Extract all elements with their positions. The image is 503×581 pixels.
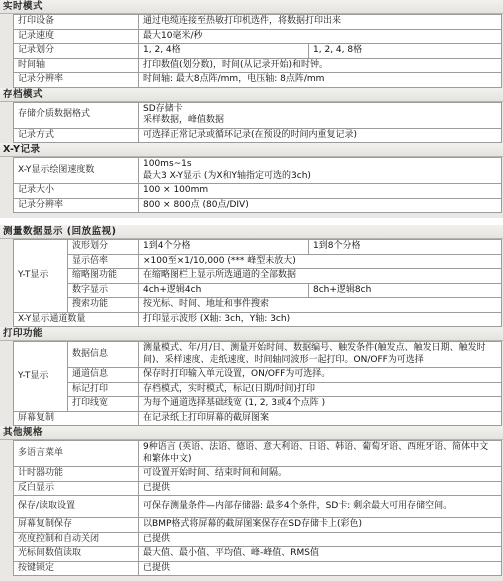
spec-value: 为每个通道选择基础线宽 (1, 2, 3或4个点阵 ) <box>139 397 502 412</box>
spec-label: 记录方式 <box>14 128 139 143</box>
spec-label: 屏幕复制 <box>14 411 139 426</box>
spec-value: 在记录纸上打印屏幕的截屏图案 <box>139 411 502 426</box>
spec-value: 最大值、最小值、平均值、峰-峰值、RMS值 <box>139 547 502 562</box>
spec-label: 保存/读取设置 <box>14 496 139 518</box>
spec-row: 缩略图功能在缩略图栏上显示所选通道的全部数据 <box>14 269 502 284</box>
spec-row: 记录大小100 × 100mm <box>14 184 502 199</box>
spec-value-alt: 1, 2, 4, 8格 <box>309 44 502 59</box>
spec-row: 存储介质数据格式SD存储卡 采样数据，峰值数据 <box>14 102 502 128</box>
spec-value: 1, 2, 4格 <box>139 44 309 59</box>
section-title: 测量数据显示 (回放监视) <box>0 225 503 239</box>
spec-value: 时间轴: 最大8点阵/mm，电压轴: 8点阵/mm <box>139 73 502 88</box>
spec-label: 波形划分 <box>68 240 139 255</box>
spec-table: 存储介质数据格式SD存储卡 采样数据，峰值数据记录方式可选择正常记录或循环记录(… <box>13 102 502 144</box>
spec-value: 打印数值(划分数)，时间(从记录开始)和时钟。 <box>139 58 502 73</box>
spec-value-alt: 1到8个分格 <box>309 240 502 255</box>
spec-value: 存档模式，实时模式，标记(日期/时间)打印 <box>139 382 502 397</box>
spec-label: 记录划分 <box>14 44 139 59</box>
spec-label: 屏幕复制保存 <box>14 518 139 533</box>
spec-label: 多语言菜单 <box>14 441 139 467</box>
spec-label: 搜索功能 <box>68 298 139 313</box>
spec-value: 测量模式、年/月/日、测量开始时间、数据编号、触发条件(触发点、触发日期、触发时… <box>139 342 502 368</box>
spec-table: Y-T显示数据信息测量模式、年/月/日、测量开始时间、数据编号、触发条件(触发点… <box>13 341 502 426</box>
spec-value: 100ms~1s 最大3 X-Y显示 (为X和Y轴指定可选的3ch) <box>139 158 502 184</box>
spec-label: 数据信息 <box>68 342 139 368</box>
spec-label: 计时器功能 <box>14 467 139 482</box>
section-title: 实时模式 <box>0 0 503 14</box>
spec-row: 打印设备通过电缆连接至热敏打印机选件，将数据打印出来 <box>14 15 502 30</box>
spec-row: 屏幕复制保存以BMP格式将屏幕的截屏图案保存在SD存储卡上(彩色) <box>14 518 502 533</box>
spec-row: 显示倍率×100至×1/10,000 (*** 峰型未放大) <box>14 254 502 269</box>
spec-label: 缩略图功能 <box>68 269 139 284</box>
section-title: 存档模式 <box>0 88 503 102</box>
spec-row: 亮度控制和自动关闭已提供 <box>14 532 502 547</box>
spec-row: 记录分辨率800 × 800点 (80点/DIV) <box>14 198 502 213</box>
spec-row: 记录方式可选择正常记录或循环记录(在预设的时间内重复记录) <box>14 128 502 143</box>
spec-row: 时间轴打印数值(划分数)，时间(从记录开始)和时钟。 <box>14 58 502 73</box>
spec-row: 计时器功能可设置开始时间、结束时间和间隔。 <box>14 467 502 482</box>
row-group-label: Y-T显示 <box>14 342 68 412</box>
spec-label: 通道信息 <box>68 368 139 383</box>
spec-row: 打印线宽为每个通道选择基础线宽 (1, 2, 3或4个点阵 ) <box>14 397 502 412</box>
spec-row: Y-T显示数据信息测量模式、年/月/日、测量开始时间、数据编号、触发条件(触发点… <box>14 342 502 368</box>
spec-block: 实时模式打印设备通过电缆连接至热敏打印机选件，将数据打印出来记录速度最大10毫米… <box>0 0 503 218</box>
spec-value: 9种语言 (英语、法语、德语、意大利语、日语、韩语、葡萄牙语、西班牙语、简体中文… <box>139 441 502 467</box>
spec-row: 屏幕复制在记录纸上打印屏幕的截屏图案 <box>14 411 502 426</box>
spec-value: 已提供 <box>139 561 502 576</box>
spec-table: 打印设备通过电缆连接至热敏打印机选件，将数据打印出来记录速度最大10毫米/秒记录… <box>13 14 502 88</box>
spec-label: 显示倍率 <box>68 254 139 269</box>
spec-label: 反白显示 <box>14 481 139 496</box>
spec-value: 800 × 800点 (80点/DIV) <box>139 198 502 213</box>
spec-label: 记录分辨率 <box>14 198 139 213</box>
spec-row: 反白显示已提供 <box>14 481 502 496</box>
spec-value: SD存储卡 采样数据，峰值数据 <box>139 102 502 128</box>
spec-row: 记录划分1, 2, 4格1, 2, 4, 8格 <box>14 44 502 59</box>
section-gap <box>0 218 503 225</box>
spec-table: X-Y显示绘图速度数100ms~1s 最大3 X-Y显示 (为X和Y轴指定可选的… <box>13 157 502 213</box>
section-title: X-Y记录 <box>0 143 503 157</box>
spec-row: X-Y显示绘图速度数100ms~1s 最大3 X-Y显示 (为X和Y轴指定可选的… <box>14 158 502 184</box>
spec-value: 可保存测量条件—内部存储器: 最多4个条件，SD卡: 剩余最大可用存储空间。 <box>139 496 502 518</box>
spec-row: 按键锁定已提供 <box>14 561 502 576</box>
spec-label: 按键锁定 <box>14 561 139 576</box>
section-title: 其他规格 <box>0 426 503 440</box>
spec-label: 光标间数值读取 <box>14 547 139 562</box>
spec-value: 通过电缆连接至热敏打印机选件，将数据打印出来 <box>139 15 502 30</box>
spec-label: 记录分辨率 <box>14 73 139 88</box>
spec-label: 数字显示 <box>68 283 139 298</box>
spec-row: 记录分辨率时间轴: 最大8点阵/mm，电压轴: 8点阵/mm <box>14 73 502 88</box>
spec-table: Y-T显示波形划分1到4个分格1到8个分格显示倍率×100至×1/10,000 … <box>13 239 502 327</box>
spec-row: 多语言菜单9种语言 (英语、法语、德语、意大利语、日语、韩语、葡萄牙语、西班牙语… <box>14 441 502 467</box>
spec-row: X-Y显示通道数量打印显示波形 (X轴: 3ch，Y轴: 3ch) <box>14 312 502 327</box>
spec-row: 数字显示4ch+逻辑4ch8ch+逻辑8ch <box>14 283 502 298</box>
spec-value: 最大10毫米/秒 <box>139 29 502 44</box>
spec-value: 可设置开始时间、结束时间和间隔。 <box>139 467 502 482</box>
spec-label: 记录速度 <box>14 29 139 44</box>
spec-value: 1到4个分格 <box>139 240 309 255</box>
spec-value: 保存时打印输入单元设置，ON/OFF为可选择。 <box>139 368 502 383</box>
section-title: 打印功能 <box>0 327 503 341</box>
spec-value: ×100至×1/10,000 (*** 峰型未放大) <box>139 254 502 269</box>
spec-value: 按光标、时间、地址和事件搜索 <box>139 298 502 313</box>
spec-value: 可选择正常记录或循环记录(在预设的时间内重复记录) <box>139 128 502 143</box>
spec-row: 保存/读取设置可保存测量条件—内部存储器: 最多4个条件，SD卡: 剩余最大可用… <box>14 496 502 518</box>
spec-value: 打印显示波形 (X轴: 3ch，Y轴: 3ch) <box>139 312 502 327</box>
spec-block: 测量数据显示 (回放监视)Y-T显示波形划分1到4个分格1到8个分格显示倍率×1… <box>0 225 503 581</box>
spec-label: 打印设备 <box>14 15 139 30</box>
spec-label: X-Y显示通道数量 <box>14 312 139 327</box>
spec-value: 已提供 <box>139 481 502 496</box>
spec-label: 存储介质数据格式 <box>14 102 139 128</box>
spec-label: X-Y显示绘图速度数 <box>14 158 139 184</box>
spec-value: 已提供 <box>139 532 502 547</box>
spec-row: 搜索功能按光标、时间、地址和事件搜索 <box>14 298 502 313</box>
spec-sheet: 实时模式打印设备通过电缆连接至热敏打印机选件，将数据打印出来记录速度最大10毫米… <box>0 0 503 581</box>
spec-row: 标记打印存档模式，实时模式，标记(日期/时间)打印 <box>14 382 502 397</box>
row-group-label: Y-T显示 <box>14 240 68 313</box>
spec-value-alt: 8ch+逻辑8ch <box>309 283 502 298</box>
spec-row: 记录速度最大10毫米/秒 <box>14 29 502 44</box>
spec-row: 光标间数值读取最大值、最小值、平均值、峰-峰值、RMS值 <box>14 547 502 562</box>
spec-row: 通道信息保存时打印输入单元设置，ON/OFF为可选择。 <box>14 368 502 383</box>
spec-label: 时间轴 <box>14 58 139 73</box>
spec-label: 打印线宽 <box>68 397 139 412</box>
spec-value: 4ch+逻辑4ch <box>139 283 309 298</box>
spec-row: Y-T显示波形划分1到4个分格1到8个分格 <box>14 240 502 255</box>
spec-value: 以BMP格式将屏幕的截屏图案保存在SD存储卡上(彩色) <box>139 518 502 533</box>
spec-table: 多语言菜单9种语言 (英语、法语、德语、意大利语、日语、韩语、葡萄牙语、西班牙语… <box>13 440 502 576</box>
spec-value: 在缩略图栏上显示所选通道的全部数据 <box>139 269 502 284</box>
spec-label: 记录大小 <box>14 184 139 199</box>
spec-label: 标记打印 <box>68 382 139 397</box>
spec-value: 100 × 100mm <box>139 184 502 199</box>
spec-label: 亮度控制和自动关闭 <box>14 532 139 547</box>
